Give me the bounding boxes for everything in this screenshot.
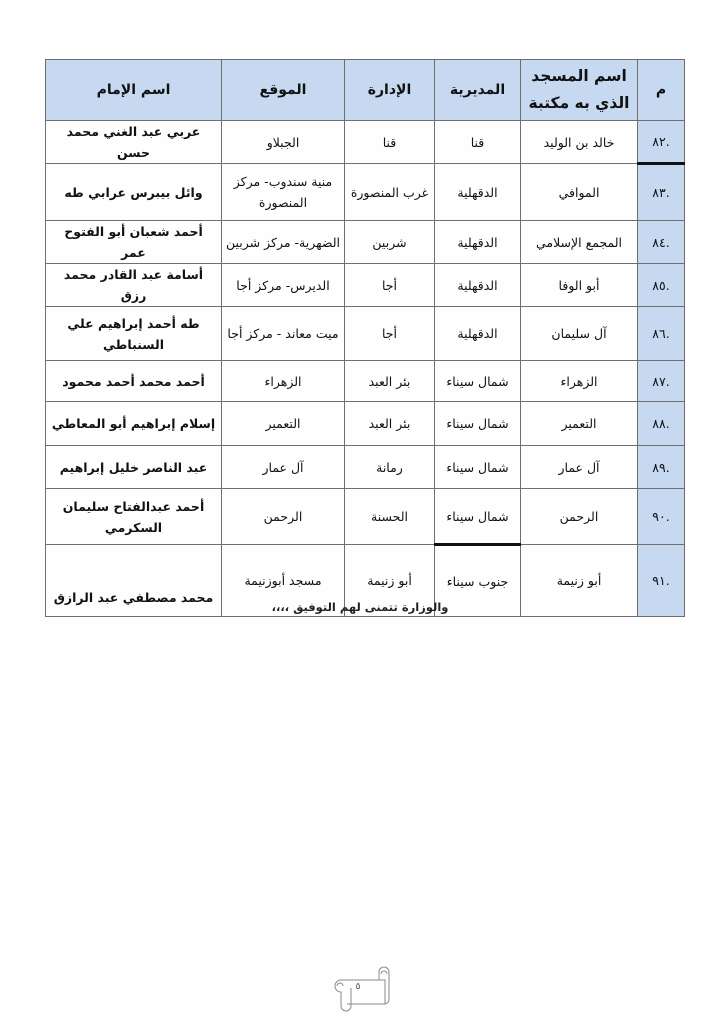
table-row: .٨٣ الموافي الدقهلية غرب المنصورة منية س…: [46, 164, 685, 221]
imam-name: عبد الناصر خليل إبراهيم: [46, 446, 222, 489]
site: التعمير: [222, 402, 345, 446]
imam-name: عربي عبد الغني محمد حسن: [46, 121, 222, 164]
row-number: .٨٢: [638, 121, 685, 164]
mosque-library-table: م اسم المسجد الذي به مكتبة المديرية الإد…: [45, 59, 685, 617]
table-row: .٨٨ التعمير شمال سيناء بئر العبد التعمير…: [46, 402, 685, 446]
site: الديرس- مركز أجا: [222, 264, 345, 307]
header-idara: الإدارة: [345, 60, 435, 121]
page-number: ٥: [348, 982, 368, 992]
mudiriya: شمال سيناء: [435, 402, 521, 446]
mosque-name: آل سليمان: [521, 307, 638, 361]
row-number: .٩٠: [638, 489, 685, 545]
table-row: .٨٧ الزهراء شمال سيناء بئر العبد الزهراء…: [46, 361, 685, 402]
idara: شربين: [345, 221, 435, 264]
closing-note: والوزارة تتمنى لهم التوفيق ،،،،: [0, 600, 720, 614]
mosque-name: المجمع الإسلامي: [521, 221, 638, 264]
mudiriya: شمال سيناء: [435, 446, 521, 489]
imam-name: أحمد شعبان أبو الفتوح عمر: [46, 221, 222, 264]
site: الرحمن: [222, 489, 345, 545]
table-row: .٨٤ المجمع الإسلامي الدقهلية شربين الضهر…: [46, 221, 685, 264]
table-header-row: م اسم المسجد الذي به مكتبة المديرية الإد…: [46, 60, 685, 121]
table-row: .٨٢ خالد بن الوليد قنا قنا الجبلاو عربي …: [46, 121, 685, 164]
table-row: .٨٦ آل سليمان الدقهلية أجا ميت معاند - م…: [46, 307, 685, 361]
idara: غرب المنصورة: [345, 164, 435, 221]
idara: قنا: [345, 121, 435, 164]
idara: رمانة: [345, 446, 435, 489]
document-page: م اسم المسجد الذي به مكتبة المديرية الإد…: [0, 0, 720, 1018]
mudiriya: شمال سيناء: [435, 361, 521, 402]
header-number: م: [638, 60, 685, 121]
idara: بئر العبد: [345, 402, 435, 446]
mudiriya: الدقهلية: [435, 307, 521, 361]
row-number: .٨٣: [638, 164, 685, 221]
site: آل عمار: [222, 446, 345, 489]
idara: أجا: [345, 307, 435, 361]
site: الزهراء: [222, 361, 345, 402]
table-row: .٨٩ آل عمار شمال سيناء رمانة آل عمار عبد…: [46, 446, 685, 489]
table-row: .٨٥ أبو الوفا الدقهلية أجا الديرس- مركز …: [46, 264, 685, 307]
imam-name: وائل بيبرس عرابي طه: [46, 164, 222, 221]
mudiriya: شمال سيناء: [435, 489, 521, 545]
imam-name: أحمد محمد أحمد محمود: [46, 361, 222, 402]
mudiriya: الدقهلية: [435, 164, 521, 221]
header-mosque-name: اسم المسجد الذي به مكتبة: [521, 60, 638, 121]
row-number: .٨٩: [638, 446, 685, 489]
mudiriya: الدقهلية: [435, 221, 521, 264]
site: الضهرية- مركز شربين: [222, 221, 345, 264]
mosque-name: التعمير: [521, 402, 638, 446]
header-mudiriya: المديرية: [435, 60, 521, 121]
imam-name: إسلام إبراهيم أبو المعاطي: [46, 402, 222, 446]
site: الجبلاو: [222, 121, 345, 164]
mosque-name: الموافي: [521, 164, 638, 221]
row-number: .٨٥: [638, 264, 685, 307]
header-imam: اسم الإمام: [46, 60, 222, 121]
mudiriya: قنا: [435, 121, 521, 164]
row-number: .٨٧: [638, 361, 685, 402]
row-number: .٨٤: [638, 221, 685, 264]
mosque-name: آل عمار: [521, 446, 638, 489]
mosque-name: الرحمن: [521, 489, 638, 545]
mudiriya: الدقهلية: [435, 264, 521, 307]
row-number: .٨٦: [638, 307, 685, 361]
site: ميت معاند - مركز أجا: [222, 307, 345, 361]
mosque-name: خالد بن الوليد: [521, 121, 638, 164]
imam-name: أحمد عبدالفتاح سليمان السكرمي: [46, 489, 222, 545]
imam-name: أسامة عبد القادر محمد رزق: [46, 264, 222, 307]
mosque-name: الزهراء: [521, 361, 638, 402]
idara: الحسنة: [345, 489, 435, 545]
site: منية سندوب- مركز المنصورة: [222, 164, 345, 221]
table-row: .٩٠ الرحمن شمال سيناء الحسنة الرحمن أحمد…: [46, 489, 685, 545]
mosque-name: أبو الوفا: [521, 264, 638, 307]
header-site: الموقع: [222, 60, 345, 121]
row-number: .٨٨: [638, 402, 685, 446]
imam-name: طه أحمد إبراهيم علي السنباطي: [46, 307, 222, 361]
idara: بئر العبد: [345, 361, 435, 402]
idara: أجا: [345, 264, 435, 307]
